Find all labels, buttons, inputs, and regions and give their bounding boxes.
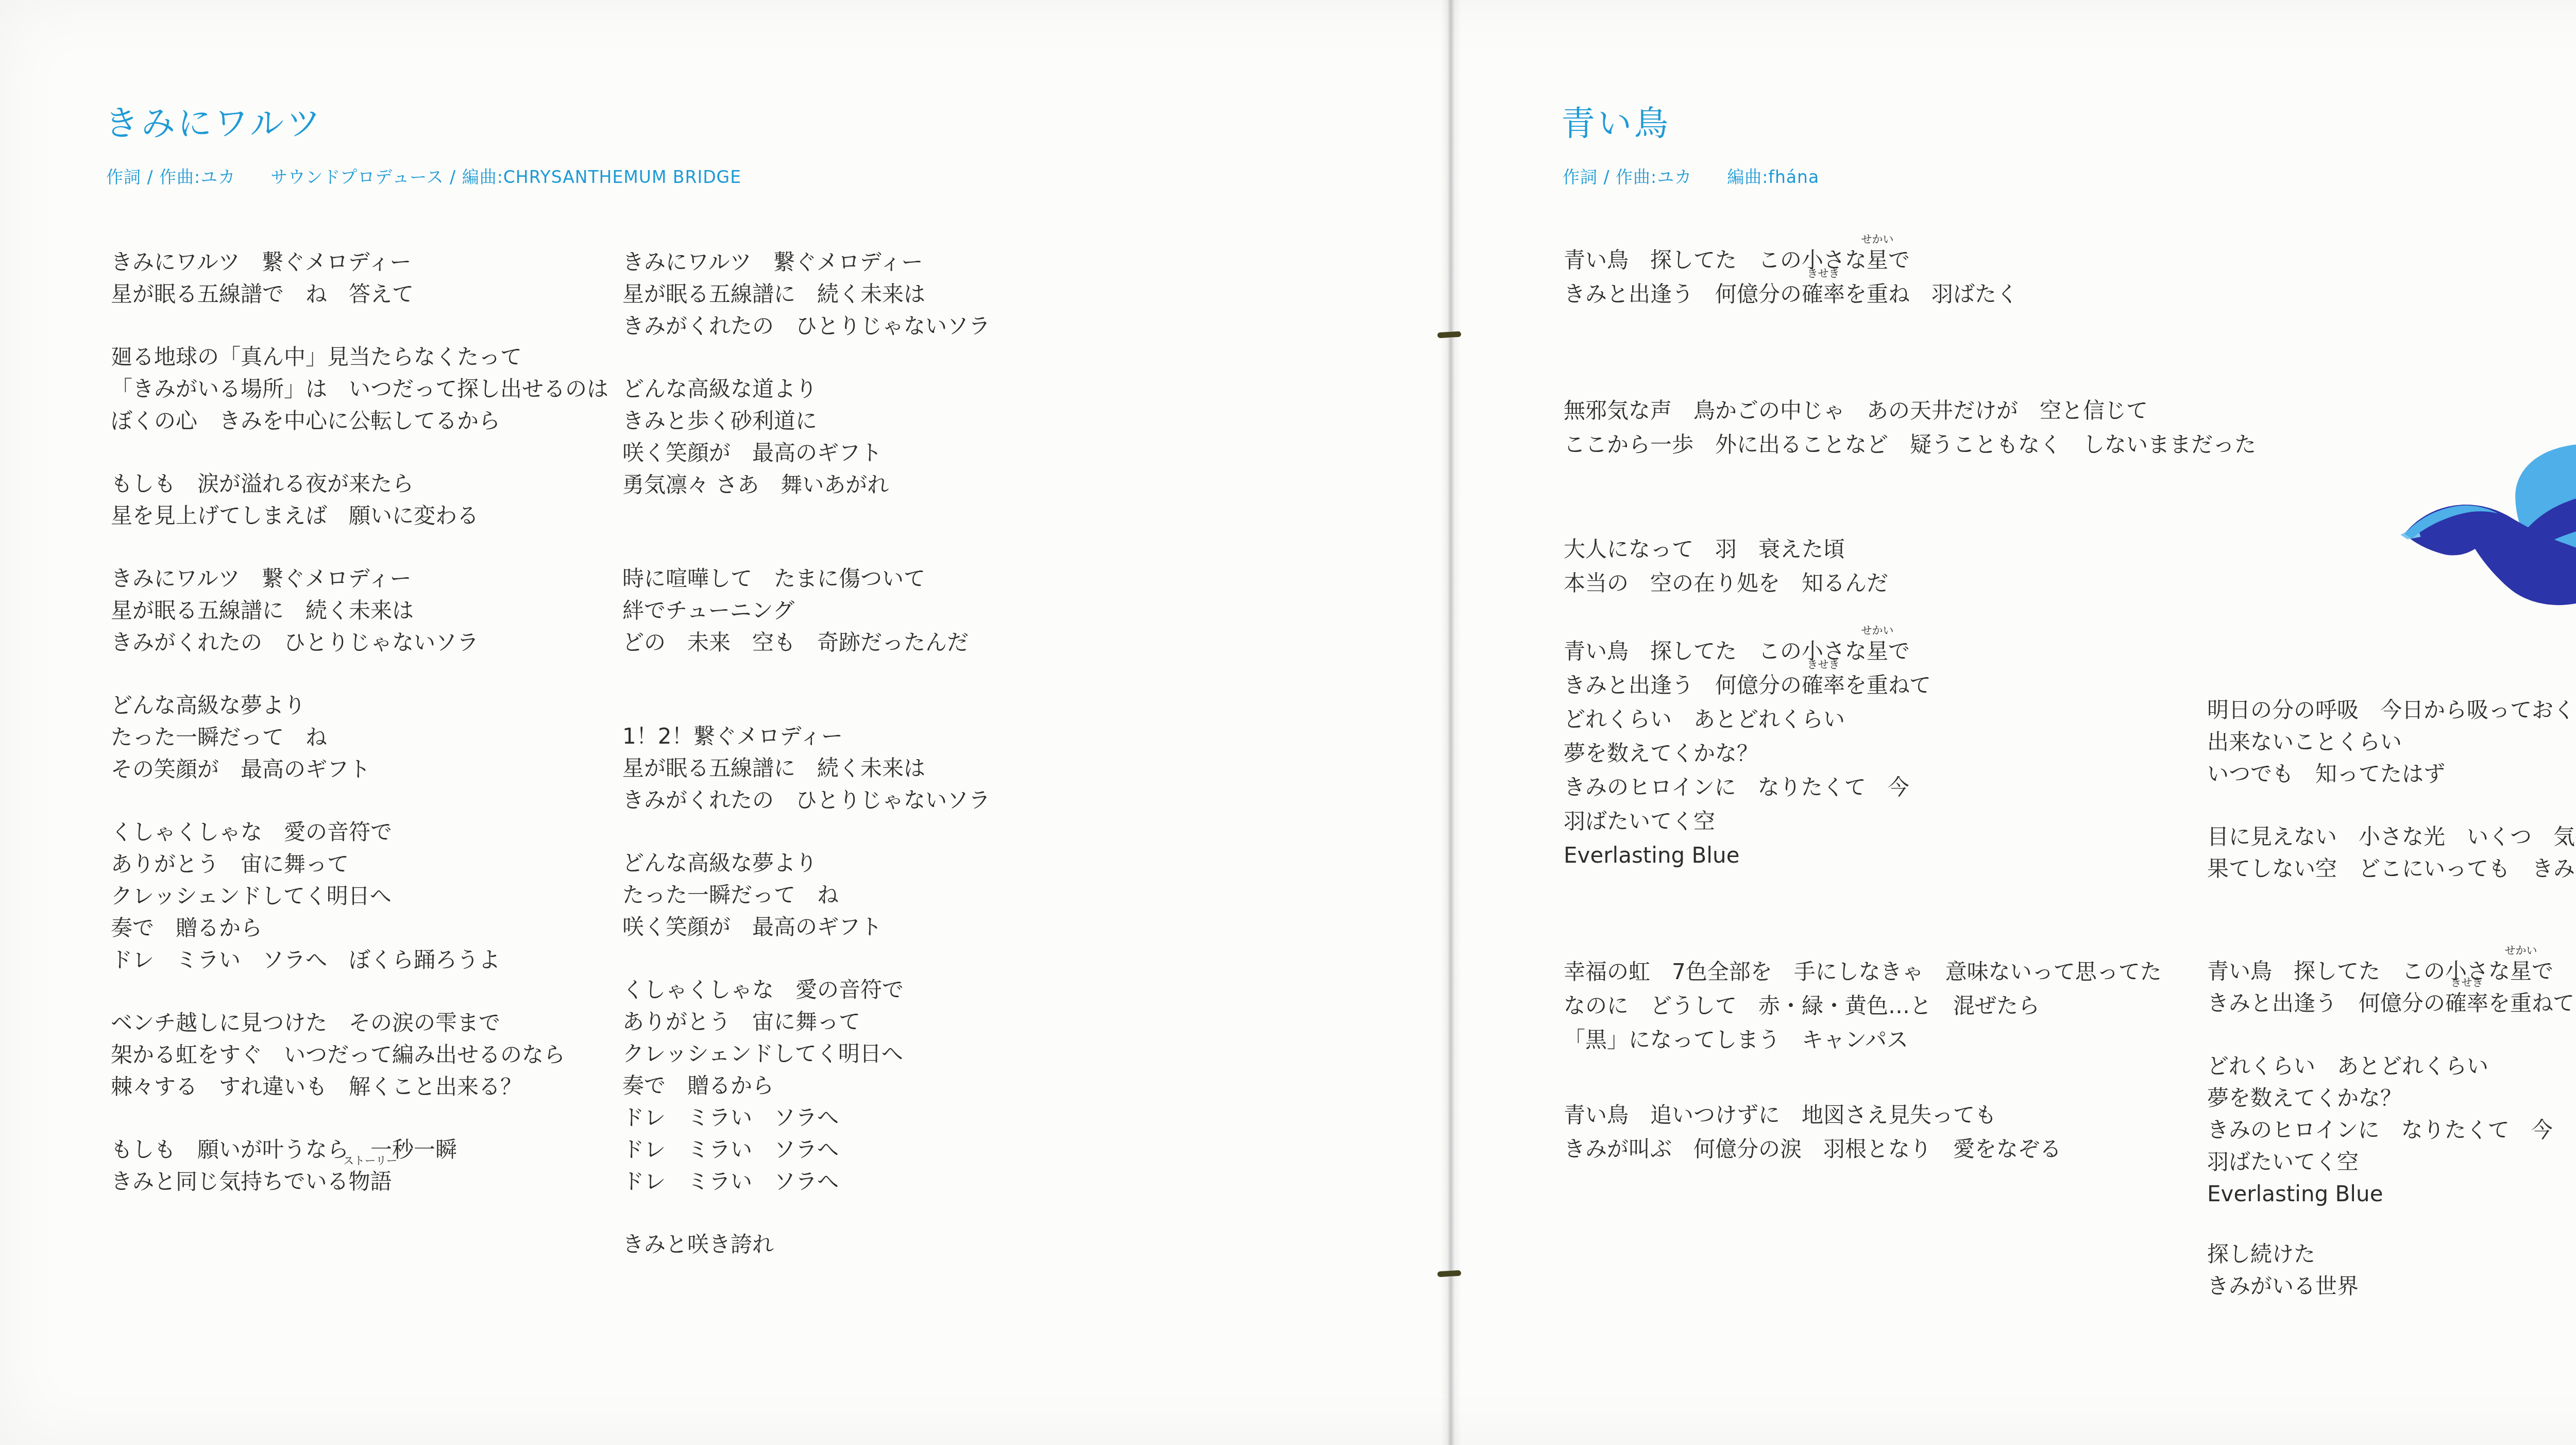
- lyric-line: きみがいる世界: [2207, 1270, 2576, 1302]
- lyric-stanza: 青い鳥 探してた この小さな星せかいできみと出逢う 何億分の確率きせきを重ねてど…: [1564, 634, 2256, 872]
- ruby-annotation: ストーリー: [343, 1155, 397, 1166]
- lyric-line: どんな高級な夢より: [111, 690, 608, 721]
- credits-left: 作詞 / 作曲:ユカ サウンドプロデュース / 編曲:CHRYSANTHEMUM…: [106, 164, 741, 188]
- lyric-stanza: どんな高級な道よりきみと歩く砂利道に咲く笑顔が 最高のギフト勇気凛々 さあ 舞い…: [622, 373, 990, 501]
- lyric-line: 羽ばたいてく空: [1564, 804, 2256, 838]
- lyric-line: どれくらい あとどれくらい: [2207, 1050, 2576, 1082]
- lyric-line: 架かる虹をすぐ いつだって編み出せるのなら: [111, 1039, 608, 1071]
- lyric-line: 「黒」になってしまう キャンパス: [1564, 1023, 2256, 1057]
- lyric-line: ありがとう 宙に舞って: [111, 848, 608, 880]
- lyric-stanza: 目に見えない 小さな光 いくつ 気付けてるかな？果てしない空 どこにいっても き…: [2207, 821, 2576, 885]
- lyric-line: 目に見えない 小さな光 いくつ 気付けてるかな？: [2207, 821, 2576, 853]
- lyric-stanza: 幸福の虹 7色全部を 手にしなきゃ 意味ないって思ってたなのに どうして 赤・緑…: [1564, 955, 2256, 1057]
- lyric-stanza: もしも 涙が溢れる夜が来たら星を見上げてしまえば 願いに変わる: [111, 468, 608, 532]
- lyric-stanza: 廻る地球の「真ん中」見当たらなくたって「きみがいる場所」は いつだって探し出せる…: [111, 341, 608, 437]
- lyric-line: 大人になって 羽 衰えた頃: [1564, 532, 2256, 566]
- lyric-line: 本当の 空の在り処を 知るんだ: [1564, 566, 2256, 600]
- lyric-line: きみと出逢う 何億分の確率きせきを重ねて: [2207, 987, 2576, 1019]
- lyric-line: きみと咲き誇れ: [622, 1229, 990, 1261]
- lyric-stanza: 青い鳥 追いつけずに 地図さえ見失ってもきみが叫ぶ 何億分の涙 羽根となり 愛を…: [1564, 1098, 2256, 1166]
- lyric-line: どんな高級な夢より: [622, 847, 990, 879]
- lyric-line: 夢を数えてくかな？: [2207, 1082, 2576, 1114]
- lyric-stanza: ベンチ越しに見つけた その涙の雫まで架かる虹をすぐ いつだって編み出せるのなら棘…: [111, 1007, 608, 1103]
- lyric-stanza: 無邪気な声 鳥かごの中じゃ あの天井だけが 空と信じてここから一歩 外に出ること…: [1564, 394, 2256, 462]
- lyric-stanza: 1！2！繋ぐメロディー星が眠る五線譜に 続く未来はきみがくれたの ひとりじゃない…: [622, 720, 990, 816]
- lyric-line: きみと出逢う 何億分の確率きせきを重ねて: [1564, 668, 2256, 702]
- lyric-line: きみにワルツ 繋ぐメロディー: [111, 563, 608, 595]
- lyric-line: 奏で 贈るから: [622, 1070, 990, 1102]
- lyric-line: Everlasting Blue: [2207, 1178, 2576, 1210]
- lyrics-column-right-2: 明日の分の呼吸 今日から吸っておくなんて出来ないことくらいいつでも 知ってたはず…: [2207, 694, 2576, 1302]
- lyric-line: いつでも 知ってたはず: [2207, 758, 2576, 790]
- lyric-line: きみが叫ぶ 何億分の涙 羽根となり 愛をなぞる: [1564, 1132, 2256, 1166]
- lyric-stanza: くしゃくしゃな 愛の音符でありがとう 宙に舞ってクレッシェンドしてく明日へ奏で …: [111, 816, 608, 976]
- lyric-stanza: 大人になって 羽 衰えた頃本当の 空の在り処を 知るんだ: [1564, 532, 2256, 600]
- lyric-line: 咲く笑顔が 最高のギフト: [622, 437, 990, 469]
- lyric-line: 星が眠る五線譜で ね 答えて: [111, 278, 608, 310]
- lyric-line: 廻る地球の「真ん中」見当たらなくたって: [111, 341, 608, 373]
- ruby-annotation: きせき: [1807, 659, 1840, 670]
- center-fold: [1440, 0, 1461, 1445]
- lyric-line: きみにワルツ 繋ぐメロディー: [622, 246, 990, 278]
- lyric-line: たった一瞬だって ね: [111, 721, 608, 753]
- lyric-stanza: きみにワルツ 繋ぐメロディー星が眠る五線譜に 続く未来はきみがくれたの ひとりじ…: [622, 246, 990, 342]
- lyric-line: 1！2！繋ぐメロディー: [622, 720, 990, 752]
- lyric-stanza: 青い鳥 探してた この小さな星せかいできみと出逢う 何億分の確率きせきを重ねて: [2207, 955, 2576, 1019]
- lyrics-column-left-1: きみにワルツ 繋ぐメロディー星が眠る五線譜で ね 答えて廻る地球の「真ん中」見当…: [111, 246, 608, 1198]
- lyric-line: きみのヒロインに なりたくて 今: [2207, 1114, 2576, 1146]
- lyrics-column-right-1: 青い鳥 探してた この小さな星せかいできみと出逢う 何億分の確率きせきを重ね 羽…: [1564, 243, 2256, 1166]
- lyric-line: 棘々する すれ違いも 解くこと出来る？: [111, 1071, 608, 1103]
- lyric-line: ありがとう 宙に舞って: [622, 1006, 990, 1038]
- lyric-stanza: どんな高級な夢よりたった一瞬だって ねその笑顔が 最高のギフト: [111, 690, 608, 785]
- lyric-line: 明日の分の呼吸 今日から吸っておくなんて: [2207, 694, 2576, 726]
- ruby-annotation: きせき: [1807, 268, 1840, 279]
- lyric-line: ドレ ミラい ソラへ ぼくら踊ろうよ: [111, 944, 608, 976]
- bluebird-illustration: [2395, 438, 2576, 619]
- lyric-line: 青い鳥 追いつけずに 地図さえ見失っても: [1564, 1098, 2256, 1132]
- lyric-line: たった一瞬だって ね: [622, 879, 990, 911]
- lyric-line: 出来ないことくらい: [2207, 726, 2576, 758]
- lyric-line: くしゃくしゃな 愛の音符で: [111, 816, 608, 848]
- lyric-line: 絆でチューニング: [622, 595, 990, 627]
- lyric-line: 青い鳥 探してた この小さな星せかいで: [2207, 955, 2576, 987]
- lyric-line: 勇気凛々 さあ 舞いあがれ: [622, 469, 990, 501]
- lyric-line: ここから一歩 外に出ることなど 疑うこともなく しないままだった: [1564, 428, 2256, 462]
- lyric-stanza: 青い鳥 探してた この小さな星せかいできみと出逢う 何億分の確率きせきを重ね 羽…: [1564, 243, 2256, 311]
- lyric-line: その笑顔が 最高のギフト: [111, 753, 608, 785]
- lyric-line: くしゃくしゃな 愛の音符で: [622, 974, 990, 1006]
- lyric-line: なのに どうして 赤・緑・黄色…と 混ぜたら: [1564, 989, 2256, 1023]
- lyric-line: 無邪気な声 鳥かごの中じゃ あの天井だけが 空と信じて: [1564, 394, 2256, 428]
- page-title-aoi-tori: 青い鳥: [1561, 96, 1671, 145]
- lyric-line: 夢を数えてくかな？: [1564, 736, 2256, 770]
- lyric-line: 羽ばたいてく空: [2207, 1146, 2576, 1178]
- lyric-line: 青い鳥 探してた この小さな星せかいで: [1564, 243, 2256, 277]
- lyric-line: 幸福の虹 7色全部を 手にしなきゃ 意味ないって思ってた: [1564, 955, 2256, 989]
- credits-right: 作詞 / 作曲:ユカ 編曲:fhána: [1563, 164, 1819, 188]
- booklet-scan: きみにワルツ 作詞 / 作曲:ユカ サウンドプロデュース / 編曲:CHRYSA…: [0, 0, 2576, 1445]
- lyric-line: 奏で 贈るから: [111, 912, 608, 944]
- lyric-line: クレッシェンドしてく明日へ: [622, 1038, 990, 1070]
- lyric-line: クレッシェンドしてく明日へ: [111, 880, 608, 912]
- lyric-line: どんな高級な道より: [622, 373, 990, 405]
- lyric-line: 星が眠る五線譜に 続く未来は: [111, 595, 608, 627]
- ruby-annotation: せかい: [1861, 625, 1894, 636]
- lyric-line: きみと出逢う 何億分の確率きせきを重ね 羽ばたく: [1564, 277, 2256, 311]
- lyric-line: もしも 涙が溢れる夜が来たら: [111, 468, 608, 500]
- lyric-stanza: くしゃくしゃな 愛の音符でありがとう 宙に舞ってクレッシェンドしてく明日へ奏で …: [622, 974, 990, 1198]
- lyric-stanza: きみと咲き誇れ: [622, 1229, 990, 1261]
- lyric-stanza: きみにワルツ 繋ぐメロディー星が眠る五線譜で ね 答えて: [111, 246, 608, 310]
- lyric-line: きみにワルツ 繋ぐメロディー: [111, 246, 608, 278]
- lyric-line: 咲く笑顔が 最高のギフト: [622, 911, 990, 943]
- lyric-line: ぼくの心 きみを中心に公転してるから: [111, 405, 608, 437]
- lyric-line: きみがくれたの ひとりじゃないソラ: [622, 784, 990, 816]
- lyric-line: 時に喧嘩して たまに傷ついて: [622, 563, 990, 595]
- ruby-annotation: きせき: [2451, 977, 2483, 988]
- lyric-line: 星を見上げてしまえば 願いに変わる: [111, 500, 608, 532]
- lyric-stanza: どんな高級な夢よりたった一瞬だって ね咲く笑顔が 最高のギフト: [622, 847, 990, 943]
- lyric-line: ドレ ミラい ソラへ: [622, 1134, 990, 1166]
- lyric-line: 果てしない空 どこにいっても きみの代わりはない: [2207, 853, 2576, 885]
- lyric-stanza: 探し続けたきみがいる世界: [2207, 1238, 2576, 1302]
- lyric-line: Everlasting Blue: [1564, 838, 2256, 872]
- lyric-line: ドレ ミラい ソラへ: [622, 1102, 990, 1134]
- lyric-line: きみと同じ気持ちでいる物語ストーリー: [111, 1166, 608, 1198]
- lyric-line: きみと歩く砂利道に: [622, 405, 990, 437]
- ruby-annotation: せかい: [1861, 234, 1894, 245]
- lyric-line: 星が眠る五線譜に 続く未来は: [622, 752, 990, 784]
- lyric-stanza: 時に喧嘩して たまに傷ついて絆でチューニングどの 未来 空も 奇跡だったんだ: [622, 563, 990, 659]
- lyric-line: きみがくれたの ひとりじゃないソラ: [111, 627, 608, 659]
- lyric-line: 青い鳥 探してた この小さな星せかいで: [1564, 634, 2256, 668]
- lyric-line: どれくらい あとどれくらい: [1564, 702, 2256, 736]
- lyric-line: 「きみがいる場所」は いつだって探し出せるのは: [111, 373, 608, 405]
- lyric-stanza: もしも 願いが叶うなら 一秒一瞬きみと同じ気持ちでいる物語ストーリー: [111, 1134, 608, 1198]
- lyric-line: 探し続けた: [2207, 1238, 2576, 1270]
- lyric-line: 星が眠る五線譜に 続く未来は: [622, 278, 990, 310]
- lyrics-column-left-2: きみにワルツ 繋ぐメロディー星が眠る五線譜に 続く未来はきみがくれたの ひとりじ…: [622, 246, 990, 1261]
- lyric-line: きみのヒロインに なりたくて 今: [1564, 770, 2256, 804]
- page-title-kimini-waltz: きみにワルツ: [105, 96, 323, 145]
- lyric-line: どの 未来 空も 奇跡だったんだ: [622, 627, 990, 659]
- lyric-line: きみがくれたの ひとりじゃないソラ: [622, 310, 990, 342]
- lyric-line: ベンチ越しに見つけた その涙の雫まで: [111, 1007, 608, 1039]
- lyric-line: ドレ ミラい ソラへ: [622, 1166, 990, 1198]
- lyric-stanza: 明日の分の呼吸 今日から吸っておくなんて出来ないことくらいいつでも 知ってたはず: [2207, 694, 2576, 790]
- lyric-stanza: きみにワルツ 繋ぐメロディー星が眠る五線譜に 続く未来はきみがくれたの ひとりじ…: [111, 563, 608, 659]
- ruby-annotation: せかい: [2505, 945, 2537, 956]
- lyric-stanza: どれくらい あとどれくらい夢を数えてくかな？きみのヒロインに なりたくて 今羽ば…: [2207, 1050, 2576, 1210]
